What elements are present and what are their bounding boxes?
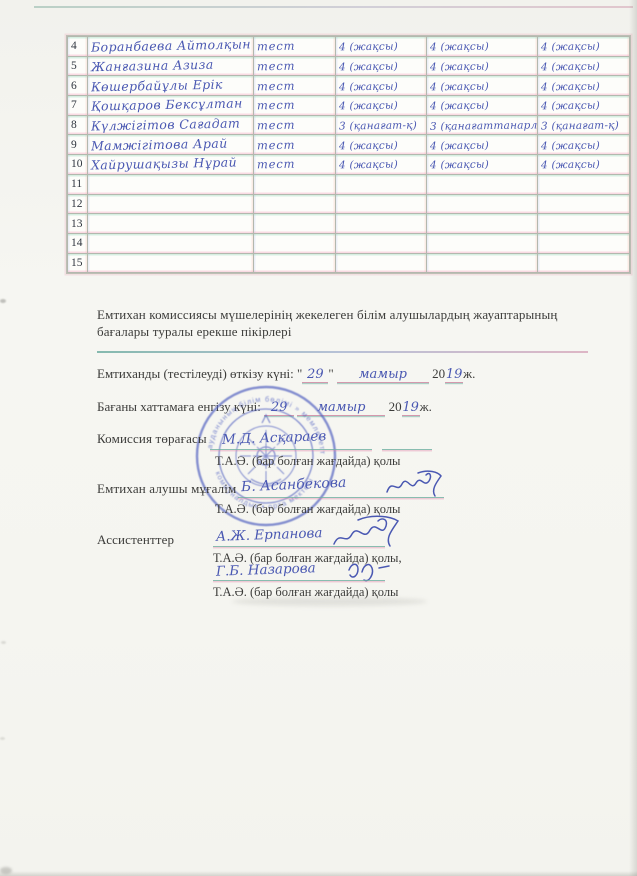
student-name-cell: Жанғазина Азиза (88, 56, 254, 76)
grade-cell: 4 (жақсы) (336, 135, 427, 155)
teacher-signature-line (238, 497, 444, 498)
table-row: 13 (68, 214, 630, 234)
row-number: 15 (68, 253, 88, 273)
scan-speck (1, 641, 6, 644)
student-name-cell: Көшербайұлы Ерік (88, 76, 254, 96)
table-row: 12 (68, 194, 630, 214)
student-name-cell: Қошқаров Бексұлтан (88, 96, 254, 116)
table-row: 10 Хайрушақызы Нұрай тест 4 (жақсы) 4 (ж… (68, 155, 630, 175)
remarks-line1: Емтихан комиссиясы мүшелерінің жекелеген… (97, 307, 558, 322)
grade-cell: 4 (жақсы) (538, 37, 630, 57)
exam-form-cell: тест (254, 135, 336, 155)
grade-cell: 4 (жақсы) (538, 56, 630, 76)
chairman-stamp-line (382, 449, 432, 450)
grade-cell: 4 (жақсы) (427, 76, 538, 96)
remarks-paragraph: Емтихан комиссиясы мүшелерінің жекелеген… (97, 306, 567, 340)
student-name-cell: Хайрушақызы Нұрай (88, 155, 254, 175)
grade-cell: 4 (жақсы) (538, 96, 630, 116)
exam-month-handwritten: мамыр (337, 367, 429, 383)
exam-form-cell: тест (254, 96, 336, 116)
grade-cell: 4 (жақсы) (538, 155, 630, 175)
assistant2-signature-line (213, 580, 385, 581)
grade-cell: 4 (жақсы) (427, 135, 538, 155)
exam-year-handwritten: 19 (445, 367, 463, 383)
grade-cell: 4 (жақсы) (538, 76, 630, 96)
remarks-blank-line (97, 351, 588, 353)
exam-form-cell: тест (254, 115, 336, 135)
exam-date-label: Емтиханды (тестілеуді) өткізу күні: (97, 366, 294, 381)
grade-cell: 4 (жақсы) (538, 135, 630, 155)
remarks-line2: бағалары туралы ерекше пікірлері (97, 324, 292, 339)
scan-edge-line (34, 6, 633, 8)
table-row: 9 Мамжігітова Арай тест 4 (жақсы) 4 (жақ… (68, 135, 630, 155)
assistant1-signature-name: А.Ж. Ерпанова (216, 525, 323, 545)
table-row: 8 Күлжігітов Сағадат тест 3 (қанағат-қ) … (68, 115, 630, 135)
row-number: 4 (68, 37, 88, 57)
grade-cell: 4 (жақсы) (336, 56, 427, 76)
grade-cell: 4 (жақсы) (336, 96, 427, 116)
student-name-cell: Боранбаева Айтолқын (88, 37, 254, 57)
row-number: 14 (68, 233, 88, 253)
table-row: 15 (68, 253, 630, 273)
handwritten-name: Боранбаева Айтолқын (91, 39, 251, 55)
assistants-label: Ассистенттер (97, 532, 174, 548)
protocol-year-handwritten: 19 (402, 400, 420, 416)
fio-caption: Т.А.Ә. (бар болған жағдайда) қолы (215, 454, 400, 469)
row-number: 8 (68, 115, 88, 135)
row-number: 6 (68, 76, 88, 96)
teacher-label: Емтихан алушы мұғалім (97, 481, 236, 497)
grade-cell: 4 (жақсы) (336, 76, 427, 96)
student-name-cell: Күлжігітов Сағадат (88, 115, 254, 135)
scan-speck (0, 737, 5, 740)
row-number: 9 (68, 135, 88, 155)
table-row: 14 (68, 233, 630, 253)
table-row: 7 Қошқаров Бексұлтан тест 4 (жақсы) 4 (ж… (68, 96, 630, 116)
row-number: 10 (68, 155, 88, 175)
row-number: 11 (68, 174, 88, 194)
exam-form-cell: тест (254, 37, 336, 57)
scanned-exam-protocol-page: 4 Боранбаева Айтолқын тест 4 (жақсы) 4 (… (0, 0, 637, 876)
scan-smudge (232, 597, 427, 606)
table-row: 4 Боранбаева Айтолқын тест 4 (жақсы) 4 (… (68, 37, 630, 57)
grade-cell: 4 (жақсы) (336, 37, 427, 57)
grades-table: 4 Боранбаева Айтолқын тест 4 (жақсы) 4 (… (67, 36, 630, 273)
scan-speck (0, 299, 6, 303)
exam-form-cell: тест (254, 155, 336, 175)
table-row: 5 Жанғазина Азиза тест 4 (жақсы) 4 (жақс… (68, 56, 630, 76)
row-number: 13 (68, 214, 88, 234)
grade-cell: 4 (жақсы) (427, 37, 538, 57)
assistant2-signature-name: Г.Б. Назарова (216, 560, 316, 579)
exam-form-cell: тест (254, 56, 336, 76)
grade-cell: 3 (қанағаттанарлық) (427, 115, 538, 135)
teacher-signature-squiggle (384, 468, 444, 498)
grade-cell: 4 (жақсы) (427, 155, 538, 175)
exam-form-cell: тест (254, 76, 336, 96)
chairman-label: Комиссия төрағасы (97, 431, 207, 447)
grade-cell: 4 (жақсы) (336, 155, 427, 175)
row-number: 7 (68, 96, 88, 116)
table-row: 6 Көшербайұлы Ерік тест 4 (жақсы) 4 (жақ… (68, 76, 630, 96)
grade-cell: 4 (жақсы) (427, 56, 538, 76)
grade-cell: 4 (жақсы) (427, 96, 538, 116)
grade-cell: 3 (қанағат-қ) (538, 115, 630, 135)
grade-cell: 3 (қанағат-қ) (336, 115, 427, 135)
row-number: 12 (68, 194, 88, 214)
scan-edge-shadow (0, 871, 637, 876)
row-number: 5 (68, 56, 88, 76)
student-name-cell: Мамжігітова Арай (88, 135, 254, 155)
table-row: 11 (68, 174, 630, 194)
assistant1-signature-line (213, 546, 385, 547)
chairman-signature-line (210, 449, 372, 450)
scan-edge-shadow (629, 0, 637, 876)
